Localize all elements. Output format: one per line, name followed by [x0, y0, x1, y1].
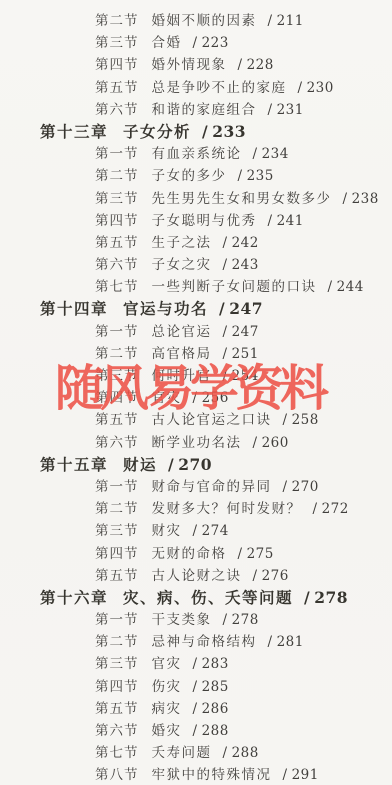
toc-entry-title: 灾、病、伤、夭等问题 — [123, 587, 293, 609]
toc-section-row: 第二节子女的多少/235 — [0, 165, 392, 187]
toc-entry-number: 第四节 — [95, 676, 139, 698]
toc-entry-page-number: 283 — [202, 656, 229, 672]
toc-entry-page-group: /274 — [193, 520, 229, 542]
toc-entry-title: 婚灾 — [152, 720, 182, 742]
toc-section-row: 第二节高官格局/251 — [0, 343, 392, 365]
toc-entry-page-number: 243 — [232, 257, 259, 273]
toc-entry-title: 高官格局 — [152, 343, 212, 365]
toc-entry-number: 第一节 — [95, 321, 139, 343]
toc-section-row: 第四节官灾/256 — [0, 387, 392, 409]
toc-entry-number: 第八节 — [95, 764, 139, 785]
toc-entry-page-group: /270 — [168, 454, 212, 476]
toc-entry-page-number: 278 — [232, 612, 259, 628]
toc-entry-page-number: 276 — [262, 568, 289, 584]
toc-section-row: 第七节夭寿问题/288 — [0, 742, 392, 764]
toc-entry-page-group: /288 — [193, 720, 229, 742]
toc-entry-page-number: 270 — [292, 479, 319, 495]
toc-entry-page-number: 223 — [202, 35, 229, 51]
page-separator: / — [283, 412, 288, 428]
toc-entry-page-group: /283 — [193, 653, 229, 675]
toc-entry-title: 伤灾 — [152, 676, 182, 698]
toc-entry-number: 第三节 — [95, 188, 139, 210]
page-separator: / — [202, 122, 208, 141]
toc-entry-page-group: /285 — [193, 676, 229, 698]
toc-entry-page-number: 288 — [232, 745, 259, 761]
toc-entry-page-group: /211 — [268, 10, 304, 32]
toc-entry-number: 第七节 — [95, 276, 139, 298]
toc-entry-page-number: 278 — [314, 588, 348, 607]
toc-section-row: 第一节财命与官命的异同/270 — [0, 476, 392, 498]
toc-section-row: 第四节婚外情现象/228 — [0, 54, 392, 76]
page-separator: / — [193, 35, 198, 51]
toc-entry-title: 断学业功名法 — [152, 432, 242, 454]
toc-entry-title: 总是争吵不止的家庭 — [152, 77, 287, 99]
page-separator: / — [168, 455, 174, 474]
toc-entry-page-group: /256 — [193, 387, 229, 409]
toc-entry-number: 第七节 — [95, 742, 139, 764]
toc-section-row: 第五节病灾/286 — [0, 698, 392, 720]
toc-section-row: 第四节伤灾/285 — [0, 676, 392, 698]
toc-entry-page-group: /241 — [268, 210, 304, 232]
toc-entry-number: 第三节 — [95, 32, 139, 54]
toc-entry-number: 第四节 — [95, 210, 139, 232]
toc-section-row: 第五节古人论财之诀/276 — [0, 565, 392, 587]
toc-entry-title: 病灾 — [152, 698, 182, 720]
toc-entry-page-group: /233 — [202, 121, 246, 143]
toc-section-row: 第三节先生男先生女和男女数多少/238 — [0, 188, 392, 210]
toc-entry-title: 财命与官命的异同 — [152, 476, 272, 498]
toc-section-row: 第二节发财多大？何时发财？/272 — [0, 498, 392, 520]
toc-entry-page-group: /254 — [223, 365, 259, 387]
toc-entry-page-number: 274 — [202, 523, 229, 539]
toc-entry-number: 第二节 — [95, 165, 139, 187]
page-separator: / — [193, 656, 198, 672]
toc-entry-number: 第六节 — [95, 99, 139, 121]
page-separator: / — [223, 324, 228, 340]
toc-entry-number: 第一节 — [95, 476, 139, 498]
toc-chapter-row: 第十四章官运与功名/247 — [0, 298, 392, 320]
page-separator: / — [298, 80, 303, 96]
toc-entry-page-group: /234 — [253, 143, 289, 165]
page-separator: / — [223, 346, 228, 362]
toc-entry-title: 合婚 — [152, 32, 182, 54]
toc-chapter-row: 第十六章灾、病、伤、夭等问题/278 — [0, 587, 392, 609]
toc-section-row: 第六节断学业功名法/260 — [0, 432, 392, 454]
toc-entry-page-group: /223 — [193, 32, 229, 54]
toc-entry-number: 第二节 — [95, 631, 139, 653]
toc-entry-number: 第四节 — [95, 54, 139, 76]
page-separator: / — [193, 723, 198, 739]
page-separator: / — [283, 767, 288, 783]
toc-entry-title: 婚外情现象 — [152, 54, 227, 76]
toc-entry-title: 忌神与命格结构 — [152, 631, 257, 653]
toc-entry-page-group: /278 — [304, 587, 348, 609]
page-separator: / — [238, 57, 243, 73]
toc-entry-number: 第四节 — [95, 387, 139, 409]
toc-entry-page-number: 230 — [307, 80, 334, 96]
toc-entry-page-group: /286 — [193, 698, 229, 720]
toc-section-row: 第七节一些判断子女问题的口诀/244 — [0, 276, 392, 298]
toc-entry-page-group: /272 — [313, 498, 349, 520]
page-separator: / — [238, 168, 243, 184]
toc-entry-page-group: /242 — [223, 232, 259, 254]
page-separator: / — [304, 588, 310, 607]
toc-entry-page-group: /247 — [219, 298, 263, 320]
toc-entry-number: 第十五章 — [40, 454, 108, 476]
page-separator: / — [238, 546, 243, 562]
toc-entry-number: 第一节 — [95, 143, 139, 165]
toc-entry-page-number: 275 — [247, 546, 274, 562]
page-separator: / — [313, 501, 318, 517]
toc-entry-number: 第五节 — [95, 409, 139, 431]
toc-entry-title: 干支类象 — [152, 609, 212, 631]
toc-entry-page-group: /230 — [298, 77, 334, 99]
toc-entry-page-group: /231 — [268, 99, 304, 121]
toc-entry-number: 第五节 — [95, 232, 139, 254]
toc-entry-page-number: 235 — [247, 168, 274, 184]
toc-chapter-row: 第十三章子女分析/233 — [0, 121, 392, 143]
toc-section-row: 第二节忌神与命格结构/281 — [0, 631, 392, 653]
toc-entry-page-number: 285 — [202, 679, 229, 695]
toc-entry-title: 一些判断子女问题的口诀 — [152, 276, 317, 298]
toc-entry-page-group: /243 — [223, 254, 259, 276]
toc-section-row: 第六节婚灾/288 — [0, 720, 392, 742]
toc-entry-page-group: /278 — [223, 609, 259, 631]
toc-entry-page-number: 238 — [352, 191, 379, 207]
page-separator: / — [283, 479, 288, 495]
toc-section-row: 第三节财灾/274 — [0, 520, 392, 542]
toc-entry-page-number: 241 — [277, 213, 304, 229]
toc-entry-number: 第五节 — [95, 565, 139, 587]
toc-entry-title: 子女分析 — [123, 121, 191, 143]
toc-entry-page-number: 247 — [232, 324, 259, 340]
toc-section-row: 第四节子女聪明与优秀/241 — [0, 210, 392, 232]
page-separator: / — [193, 679, 198, 695]
toc-entry-title: 官运与功名 — [123, 298, 208, 320]
page-separator: / — [223, 745, 228, 761]
toc-entry-title: 婚姻不顺的因素 — [152, 10, 257, 32]
toc-entry-page-number: 281 — [277, 634, 304, 650]
toc-entry-page-number: 233 — [212, 122, 246, 141]
toc-entry-page-group: /288 — [223, 742, 259, 764]
toc-entry-page-group: /275 — [238, 543, 274, 565]
toc-entry-page-group: /228 — [238, 54, 274, 76]
page-separator: / — [253, 146, 258, 162]
toc-section-row: 第四节无财的命格/275 — [0, 543, 392, 565]
toc-entry-title: 有血亲系统论 — [152, 143, 242, 165]
toc-entry-number: 第十三章 — [40, 121, 108, 143]
toc-entry-page-group: /247 — [223, 321, 259, 343]
toc-entry-page-group: /260 — [253, 432, 289, 454]
toc-entry-number: 第六节 — [95, 720, 139, 742]
toc-entry-number: 第二节 — [95, 343, 139, 365]
page-separator: / — [223, 612, 228, 628]
toc-section-row: 第一节干支类象/278 — [0, 609, 392, 631]
book-toc-page: 第二节婚姻不顺的因素/211第三节合婚/223第四节婚外情现象/228第五节总是… — [0, 0, 392, 785]
toc-entry-title: 古人论财之诀 — [152, 565, 242, 587]
page-separator: / — [193, 701, 198, 717]
toc-entry-number: 第二节 — [95, 10, 139, 32]
toc-entry-number: 第四节 — [95, 543, 139, 565]
toc-entry-title: 财灾 — [152, 520, 182, 542]
toc-entry-title: 官灾 — [152, 653, 182, 675]
toc-entry-number: 第十四章 — [40, 298, 108, 320]
toc-entry-page-number: 242 — [232, 235, 259, 251]
toc-section-row: 第六节子女之灾/243 — [0, 254, 392, 276]
toc-entry-page-group: /291 — [283, 764, 319, 785]
toc-entry-title: 发财多大？何时发财？ — [152, 498, 302, 520]
toc-entry-number: 第三节 — [95, 365, 139, 387]
toc-entry-page-number: 251 — [232, 346, 259, 362]
toc-section-row: 第三节何时升官/254 — [0, 365, 392, 387]
toc-section-row: 第八节牢狱中的特殊情况/291 — [0, 764, 392, 785]
toc-entry-page-number: 234 — [262, 146, 289, 162]
toc-entry-page-group: /270 — [283, 476, 319, 498]
toc-section-row: 第五节古人论官运之口诀/258 — [0, 409, 392, 431]
page-separator: / — [268, 213, 273, 229]
page-separator: / — [223, 257, 228, 273]
toc-entry-number: 第三节 — [95, 653, 139, 675]
toc-entry-title: 子女的多少 — [152, 165, 227, 187]
toc-section-row: 第二节婚姻不顺的因素/211 — [0, 10, 392, 32]
page-separator: / — [253, 568, 258, 584]
toc-entry-page-number: 247 — [229, 299, 263, 318]
toc-chapter-row: 第十五章财运/270 — [0, 454, 392, 476]
toc-section-row: 第一节总论官运/247 — [0, 321, 392, 343]
toc-entry-title: 何时升官 — [152, 365, 212, 387]
toc-entry-number: 第三节 — [95, 520, 139, 542]
toc-section-row: 第一节有血亲系统论/234 — [0, 143, 392, 165]
toc-entry-title: 古人论官运之口诀 — [152, 409, 272, 431]
page-separator: / — [268, 13, 273, 29]
toc-entry-number: 第二节 — [95, 498, 139, 520]
toc-entry-title: 子女聪明与优秀 — [152, 210, 257, 232]
toc-entry-title: 官灾 — [152, 387, 182, 409]
toc-entry-page-group: /244 — [328, 276, 364, 298]
toc-section-row: 第五节生子之法/242 — [0, 232, 392, 254]
toc-entry-page-group: /235 — [238, 165, 274, 187]
page-separator: / — [223, 235, 228, 251]
page-separator: / — [193, 523, 198, 539]
toc-section-row: 第五节总是争吵不止的家庭/230 — [0, 77, 392, 99]
toc-entry-page-number: 254 — [232, 368, 259, 384]
toc-entry-title: 总论官运 — [152, 321, 212, 343]
toc-section-row: 第三节官灾/283 — [0, 653, 392, 675]
toc-entry-title: 牢狱中的特殊情况 — [152, 764, 272, 785]
toc-entry-page-group: /276 — [253, 565, 289, 587]
toc-entry-title: 子女之灾 — [152, 254, 212, 276]
page-separator: / — [253, 435, 258, 451]
toc-section-row: 第三节合婚/223 — [0, 32, 392, 54]
page-separator: / — [328, 279, 333, 295]
toc-entry-number: 第一节 — [95, 609, 139, 631]
toc-entry-page-number: 228 — [247, 57, 274, 73]
toc-list: 第二节婚姻不顺的因素/211第三节合婚/223第四节婚外情现象/228第五节总是… — [0, 10, 392, 785]
page-separator: / — [193, 390, 198, 406]
toc-entry-page-number: 291 — [292, 767, 319, 783]
toc-entry-page-number: 286 — [202, 701, 229, 717]
toc-entry-title: 无财的命格 — [152, 543, 227, 565]
toc-entry-number: 第六节 — [95, 432, 139, 454]
page-separator: / — [219, 299, 225, 318]
toc-entry-page-number: 211 — [277, 13, 304, 29]
toc-entry-page-number: 260 — [262, 435, 289, 451]
page-separator: / — [343, 191, 348, 207]
toc-entry-page-group: /281 — [268, 631, 304, 653]
page-separator: / — [223, 368, 228, 384]
toc-entry-page-group: /238 — [343, 188, 379, 210]
toc-entry-title: 夭寿问题 — [152, 742, 212, 764]
toc-entry-number: 第五节 — [95, 698, 139, 720]
toc-section-row: 第六节和谐的家庭组合/231 — [0, 99, 392, 121]
toc-entry-page-number: 256 — [202, 390, 229, 406]
toc-entry-title: 生子之法 — [152, 232, 212, 254]
toc-entry-title: 和谐的家庭组合 — [152, 99, 257, 121]
toc-entry-page-number: 272 — [322, 501, 349, 517]
toc-entry-page-number: 231 — [277, 102, 304, 118]
page-separator: / — [268, 634, 273, 650]
toc-entry-page-number: 270 — [178, 455, 212, 474]
page-separator: / — [268, 102, 273, 118]
toc-entry-page-group: /258 — [283, 409, 319, 431]
toc-entry-number: 第十六章 — [40, 587, 108, 609]
toc-entry-number: 第五节 — [95, 77, 139, 99]
toc-entry-page-number: 244 — [337, 279, 364, 295]
toc-entry-title: 财运 — [123, 454, 157, 476]
toc-entry-page-number: 288 — [202, 723, 229, 739]
toc-entry-number: 第六节 — [95, 254, 139, 276]
toc-entry-title: 先生男先生女和男女数多少 — [152, 188, 332, 210]
toc-entry-page-number: 258 — [292, 412, 319, 428]
toc-entry-page-group: /251 — [223, 343, 259, 365]
